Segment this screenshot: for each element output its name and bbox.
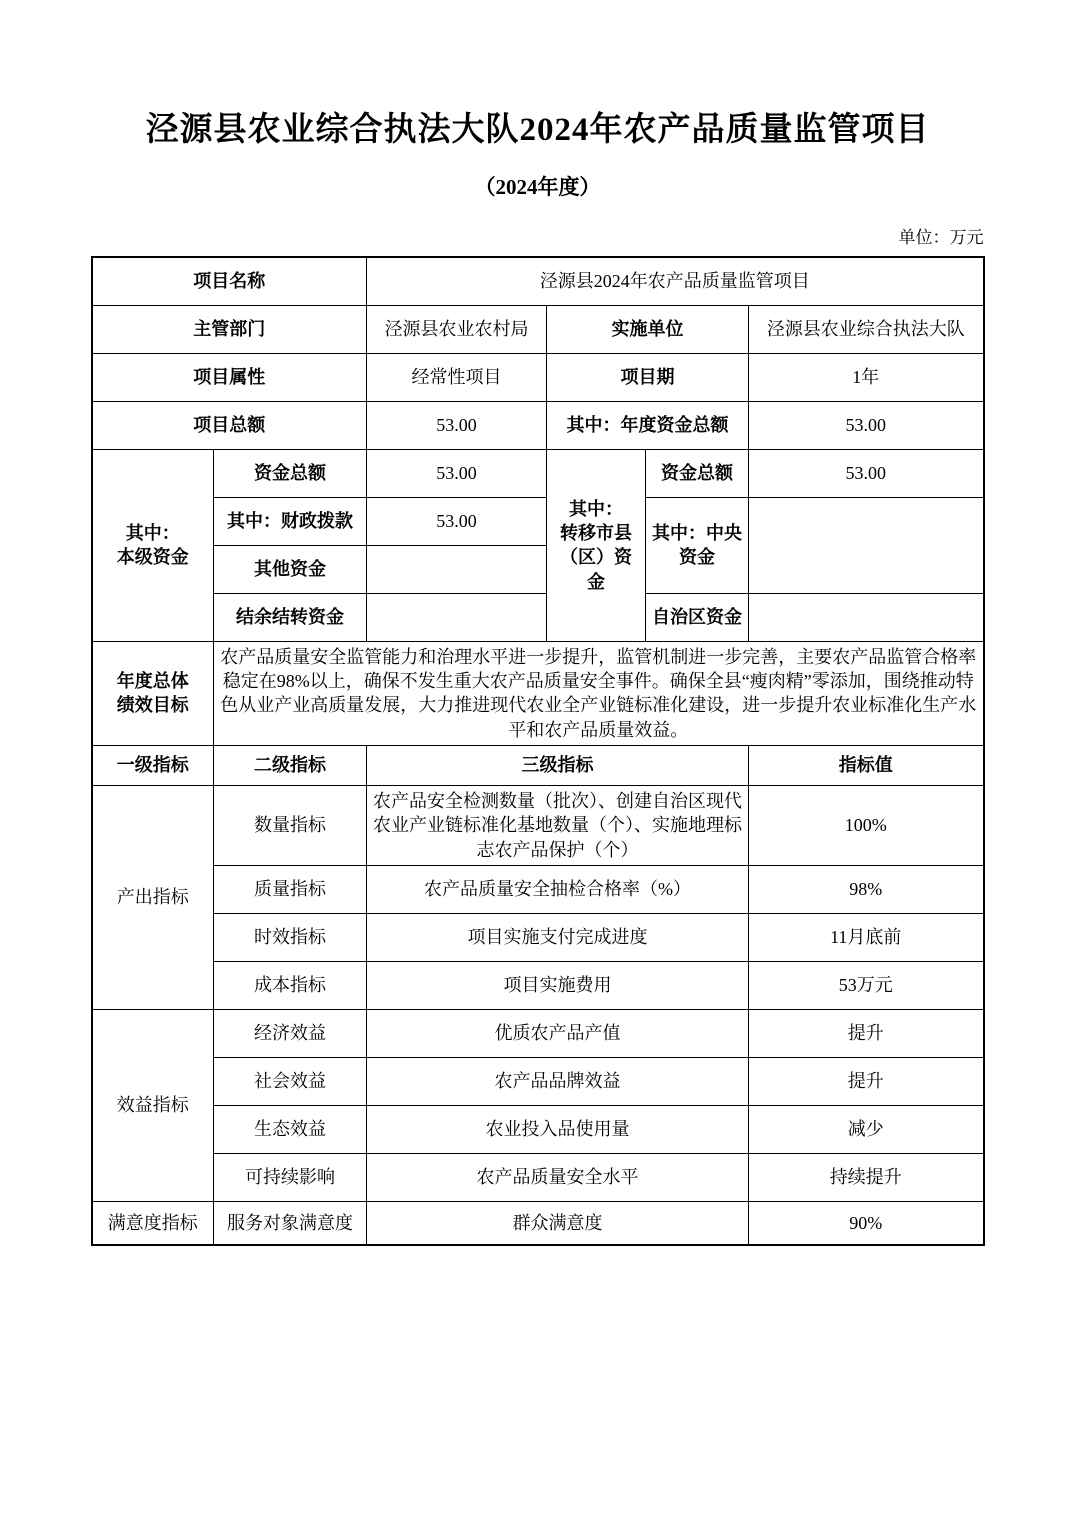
- annual-total-value: 53.00: [749, 401, 984, 449]
- dept-value: 泾源县农业农村局: [367, 305, 547, 353]
- social-benefit-detail: 农产品品牌效益: [367, 1057, 749, 1105]
- attr-value: 经常性项目: [367, 353, 547, 401]
- row-fund-2: 其中：财政拨款 53.00 其中：中央资金: [92, 497, 984, 545]
- header-level2: 二级指标: [214, 745, 367, 785]
- transfer-fund-group-label: 其中： 转移市县（区）资金: [547, 449, 646, 641]
- performance-target-table: 项目名称 泾源县2024年农产品质量监管项目 主管部门 泾源县农业农村局 实施单…: [91, 256, 985, 1246]
- total-value: 53.00: [367, 401, 547, 449]
- header-level1: 一级指标: [92, 745, 214, 785]
- transfer-fund-total-value: 53.00: [749, 449, 984, 497]
- ecological-benefit-label: 生态效益: [214, 1105, 367, 1153]
- economic-benefit-detail: 优质农产品产值: [367, 1009, 749, 1057]
- local-fund-total-label: 资金总额: [214, 449, 367, 497]
- carryover-fund-label: 结余结转资金: [214, 593, 367, 641]
- cost-indicator-value: 53万元: [749, 961, 984, 1009]
- central-fund-value: [749, 497, 984, 593]
- satisfaction-indicator-value: 90%: [749, 1201, 984, 1245]
- other-fund-value: [367, 545, 547, 593]
- ecological-benefit-detail: 农业投入品使用量: [367, 1105, 749, 1153]
- impl-value: 泾源县农业综合执法大队: [749, 305, 984, 353]
- sustainable-impact-detail: 农产品质量安全水平: [367, 1153, 749, 1201]
- timeliness-indicator-detail: 项目实施支付完成进度: [367, 913, 749, 961]
- row-fund-4: 结余结转资金 自治区资金: [92, 593, 984, 641]
- cost-indicator-label: 成本指标: [214, 961, 367, 1009]
- local-fund-group-label: 其中： 本级资金: [92, 449, 214, 641]
- quality-indicator-detail: 农产品质量安全抽检合格率（%）: [367, 865, 749, 913]
- dept-label: 主管部门: [92, 305, 367, 353]
- output-group-label: 产出指标: [92, 785, 214, 1009]
- row-fund-1: 其中： 本级资金 资金总额 53.00 其中： 转移市县（区）资金 资金总额 5…: [92, 449, 984, 497]
- region-fund-value: [749, 593, 984, 641]
- row-output-cost: 成本指标 项目实施费用 53万元: [92, 961, 984, 1009]
- annual-goal-text: 农产品质量安全监管能力和治理水平进一步提升，监管机制进一步完善，主要农产品监管合…: [214, 641, 984, 745]
- row-benefit-ecological: 生态效益 农业投入品使用量 减少: [92, 1105, 984, 1153]
- quantity-indicator-detail: 农产品安全检测数量（批次）、创建自治区现代农业产业链标准化基地数量（个）、实施地…: [367, 785, 749, 865]
- row-output-timeliness: 时效指标 项目实施支付完成进度 11月底前: [92, 913, 984, 961]
- transfer-fund-total-label: 资金总额: [646, 449, 749, 497]
- annual-total-label: 其中：年度资金总额: [547, 401, 749, 449]
- page-title: 泾源县农业综合执法大队2024年农产品质量监管项目: [0, 0, 1075, 151]
- satisfaction-group-label: 满意度指标: [92, 1201, 214, 1245]
- row-departments: 主管部门 泾源县农业农村局 实施单位 泾源县农业综合执法大队: [92, 305, 984, 353]
- sustainable-impact-label: 可持续影响: [214, 1153, 367, 1201]
- header-level3: 三级指标: [367, 745, 749, 785]
- region-fund-label: 自治区资金: [646, 593, 749, 641]
- satisfaction-indicator-label: 服务对象满意度: [214, 1201, 367, 1245]
- attr-label: 项目属性: [92, 353, 367, 401]
- social-benefit-value: 提升: [749, 1057, 984, 1105]
- timeliness-indicator-value: 11月底前: [749, 913, 984, 961]
- row-satisfaction: 满意度指标 服务对象满意度 群众满意度 90%: [92, 1201, 984, 1245]
- row-attribute: 项目属性 经常性项目 项目期 1年: [92, 353, 984, 401]
- row-annual-goal: 年度总体 绩效目标 农产品质量安全监管能力和治理水平进一步提升，监管机制进一步完…: [92, 641, 984, 745]
- other-fund-label: 其他资金: [214, 545, 367, 593]
- period-label: 项目期: [547, 353, 749, 401]
- quality-indicator-value: 98%: [749, 865, 984, 913]
- page-subtitle: （2024年度）: [0, 171, 1075, 201]
- impl-label: 实施单位: [547, 305, 749, 353]
- row-output-quantity: 产出指标 数量指标 农产品安全检测数量（批次）、创建自治区现代农业产业链标准化基…: [92, 785, 984, 865]
- quantity-indicator-label: 数量指标: [214, 785, 367, 865]
- quantity-indicator-value: 100%: [749, 785, 984, 865]
- row-total-amount: 项目总额 53.00 其中：年度资金总额 53.00: [92, 401, 984, 449]
- satisfaction-indicator-detail: 群众满意度: [367, 1201, 749, 1245]
- row-output-quality: 质量指标 农产品质量安全抽检合格率（%） 98%: [92, 865, 984, 913]
- social-benefit-label: 社会效益: [214, 1057, 367, 1105]
- sustainable-impact-value: 持续提升: [749, 1153, 984, 1201]
- fiscal-allocation-label: 其中：财政拨款: [214, 497, 367, 545]
- fiscal-allocation-value: 53.00: [367, 497, 547, 545]
- local-fund-total-value: 53.00: [367, 449, 547, 497]
- economic-benefit-label: 经济效益: [214, 1009, 367, 1057]
- row-indicator-header: 一级指标 二级指标 三级指标 指标值: [92, 745, 984, 785]
- project-name-value: 泾源县2024年农产品质量监管项目: [367, 257, 984, 305]
- annual-goal-label: 年度总体 绩效目标: [92, 641, 214, 745]
- economic-benefit-value: 提升: [749, 1009, 984, 1057]
- timeliness-indicator-label: 时效指标: [214, 913, 367, 961]
- unit-label: 单位：万元: [92, 223, 984, 248]
- document-page: 泾源县农业综合执法大队2024年农产品质量监管项目 （2024年度） 单位：万元…: [0, 0, 1075, 1519]
- project-name-label: 项目名称: [92, 257, 367, 305]
- central-fund-label: 其中：中央资金: [646, 497, 749, 593]
- carryover-fund-value: [367, 593, 547, 641]
- row-benefit-economic: 效益指标 经济效益 优质农产品产值 提升: [92, 1009, 984, 1057]
- row-benefit-social: 社会效益 农产品品牌效益 提升: [92, 1057, 984, 1105]
- ecological-benefit-value: 减少: [749, 1105, 984, 1153]
- quality-indicator-label: 质量指标: [214, 865, 367, 913]
- row-benefit-sustainable: 可持续影响 农产品质量安全水平 持续提升: [92, 1153, 984, 1201]
- period-value: 1年: [749, 353, 984, 401]
- total-label: 项目总额: [92, 401, 367, 449]
- benefit-group-label: 效益指标: [92, 1009, 214, 1201]
- cost-indicator-detail: 项目实施费用: [367, 961, 749, 1009]
- row-project-name: 项目名称 泾源县2024年农产品质量监管项目: [92, 257, 984, 305]
- header-value: 指标值: [749, 745, 984, 785]
